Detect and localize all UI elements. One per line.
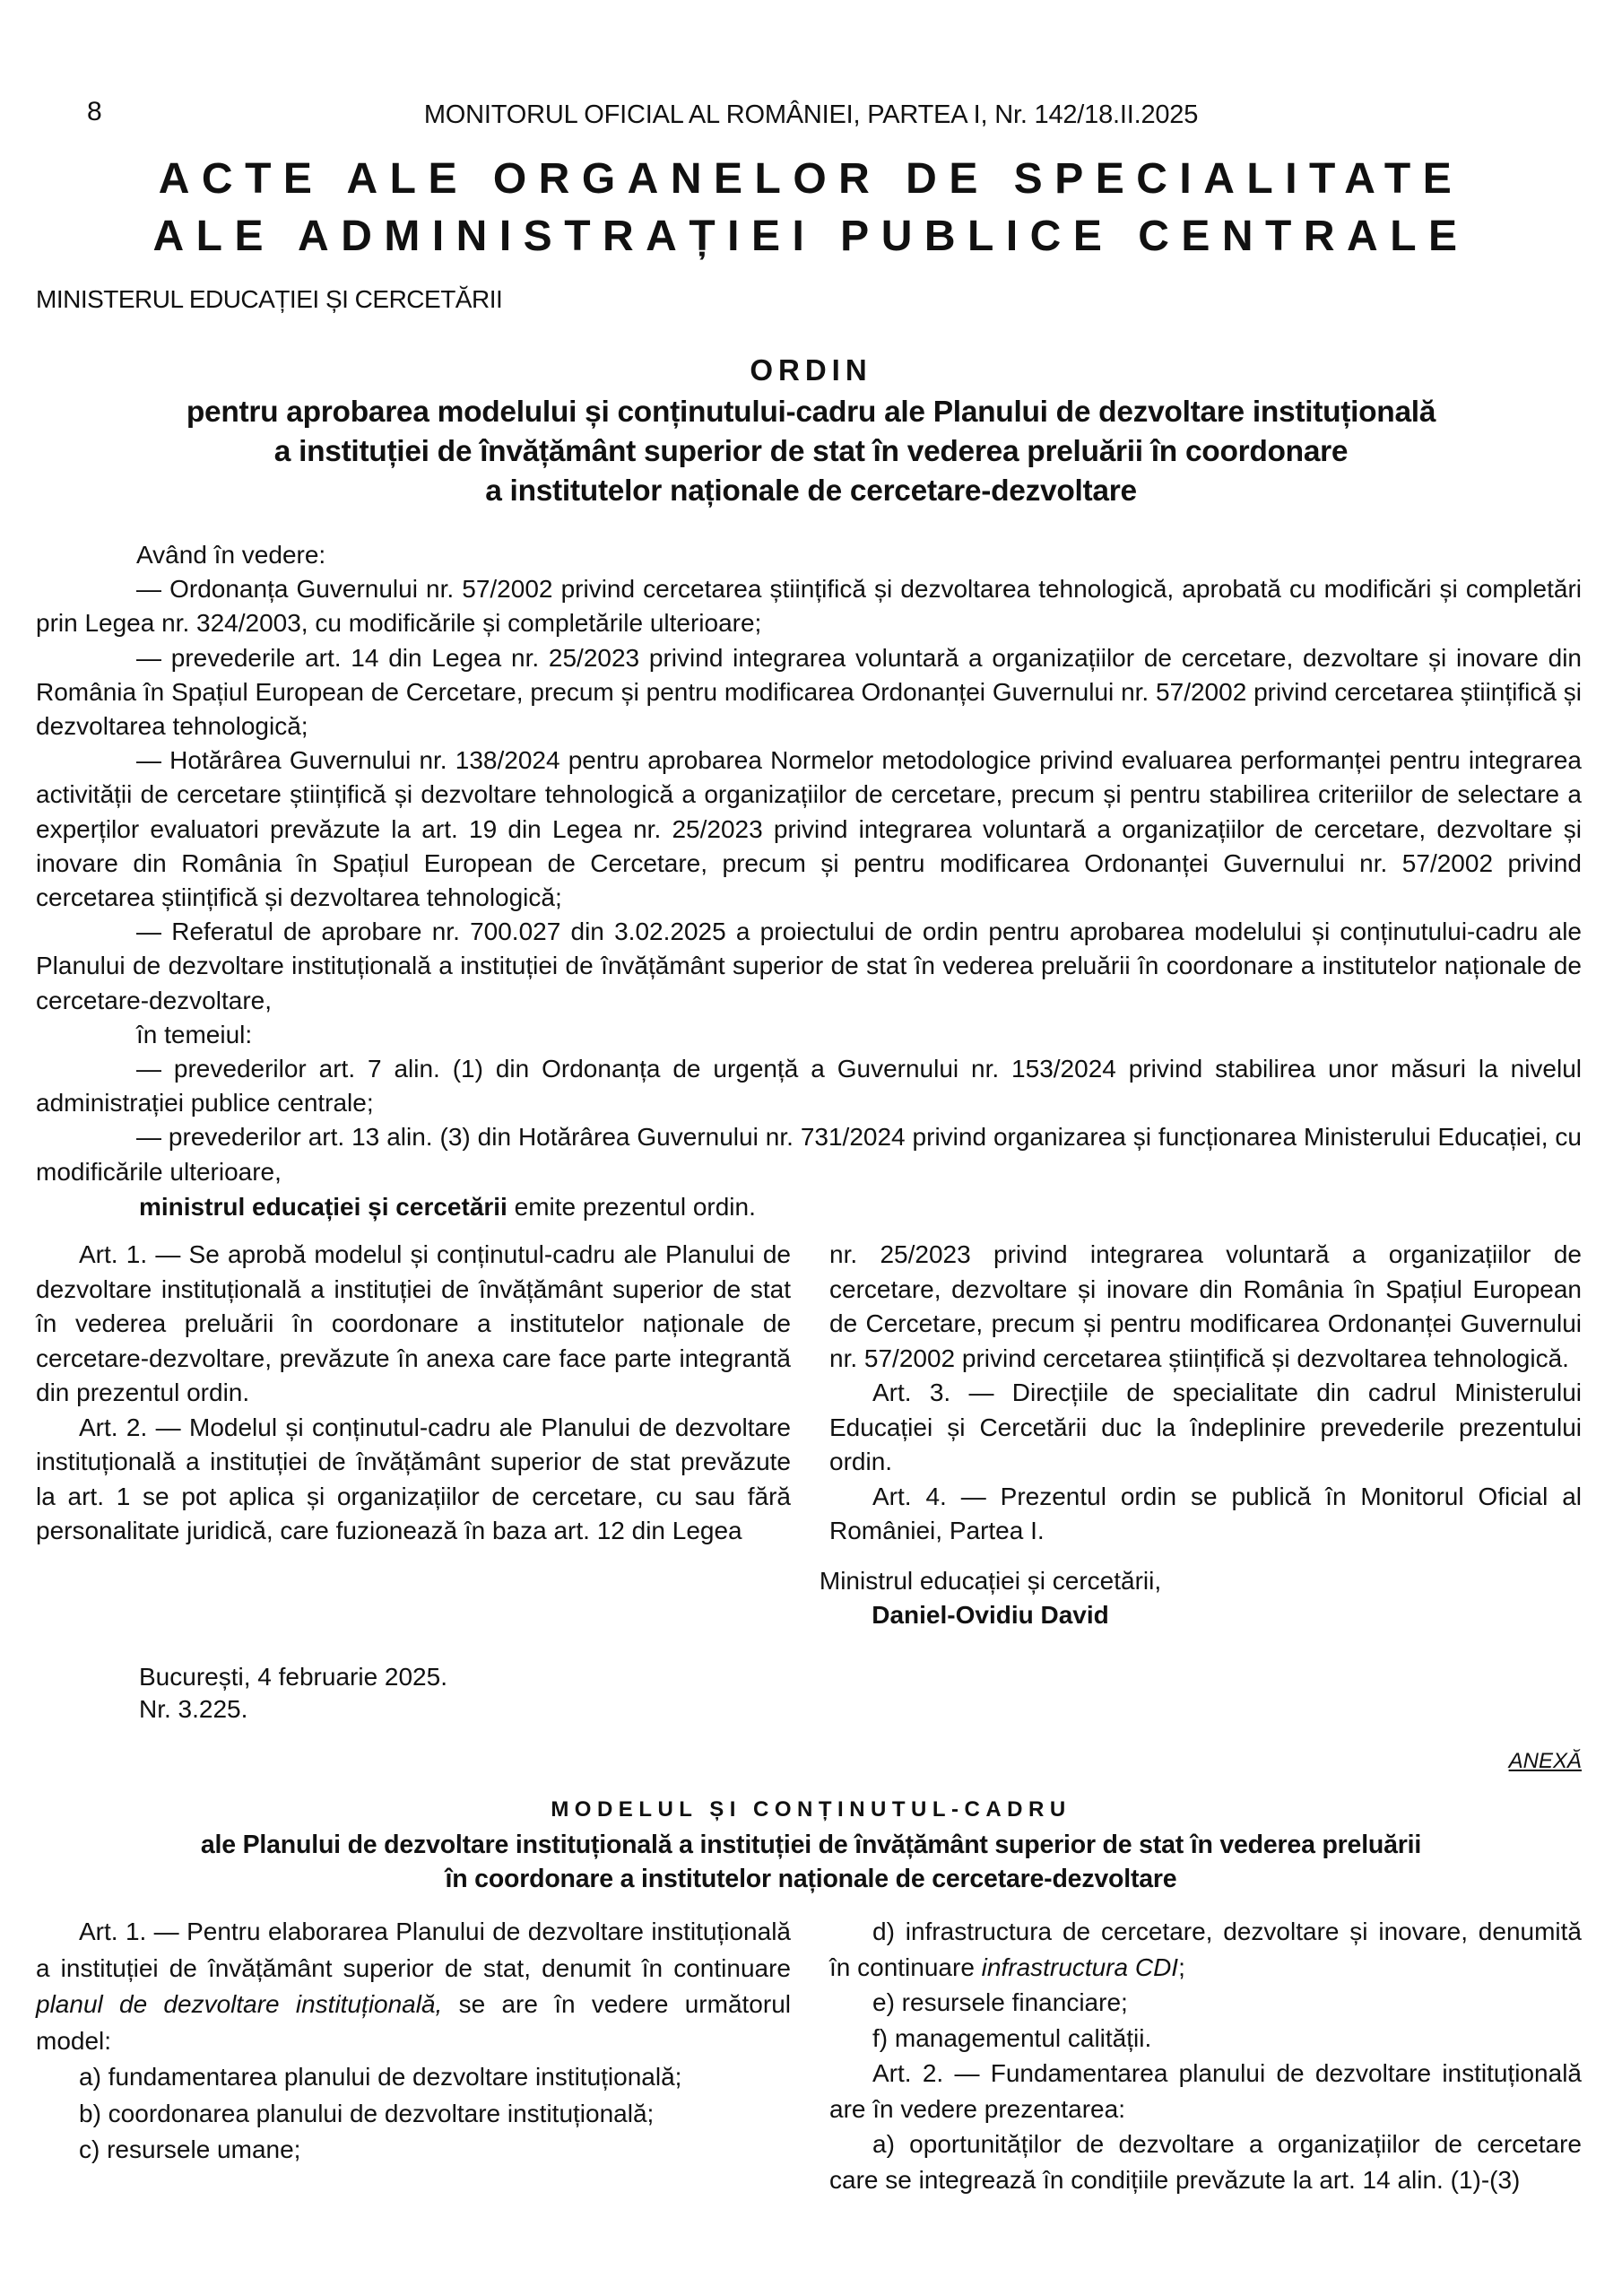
section-title-line-2: ALE ADMINISTRAȚIEI PUBLICE CENTRALE — [0, 212, 1622, 261]
signatory-name: Daniel-Ovidiu David — [359, 1598, 1622, 1632]
emitter-statement: ministrul educației și cercetării emite … — [139, 1193, 756, 1222]
preamble-intro: Având în vedere: — [36, 538, 1582, 572]
annex-article-2-item-a: a) oportunităților de dezvoltare a organ… — [829, 2126, 1582, 2197]
article-1: Art. 1. — Se aprobă modelul și conținutu… — [36, 1238, 791, 1411]
section-title-line-1: ACTE ALE ORGANELOR DE SPECIALITATE — [0, 154, 1622, 204]
annex-right-column: d) infrastructura de cercetare, dezvolta… — [829, 1914, 1582, 2197]
preamble-clause: — Ordonanța Guvernului nr. 57/2002 privi… — [36, 572, 1582, 640]
article-2-continued: nr. 25/2023 privind integrarea voluntară… — [829, 1238, 1582, 1376]
annex-item-e: e) resursele financiare; — [829, 1985, 1582, 2021]
annex-item-a: a) fundamentarea planului de dezvoltare … — [36, 2059, 791, 2096]
articles-right-column: nr. 25/2023 privind integrarea voluntară… — [829, 1238, 1582, 1549]
order-heading: ORDIN — [0, 353, 1622, 387]
annex-article-1-term: planul de dezvoltare instituțională, — [36, 1990, 442, 2018]
annex-article-1-text: Art. 1. — Pentru elaborarea Planului de … — [36, 1918, 791, 1982]
order-number: Nr. 3.225. — [139, 1693, 447, 1726]
order-title-line: a instituției de învățământ superior de … — [90, 432, 1532, 472]
order-title-line: a institutelor naționale de cercetare-de… — [90, 472, 1532, 511]
annex-article-2: Art. 2. — Fundamentarea planului de dezv… — [829, 2056, 1582, 2126]
article-4: Art. 4. — Prezentul ordin se publică în … — [829, 1480, 1582, 1549]
annex-item-d-text: d) infrastructura de cercetare, dezvolta… — [829, 1918, 1582, 1981]
emitter-name: ministrul educației și cercetării — [139, 1193, 507, 1221]
articles-left-column: Art. 1. — Se aprobă modelul și conținutu… — [36, 1238, 791, 1549]
article-3: Art. 3. — Direcțiile de specialitate din… — [829, 1376, 1582, 1480]
annex-subtitle-line: în coordonare a institutelor naționale d… — [81, 1862, 1541, 1896]
signatory-role: Ministrul educației și cercetării, — [359, 1564, 1622, 1598]
emitter-text: emite prezentul ordin. — [507, 1193, 756, 1221]
annex-article-1: Art. 1. — Pentru elaborarea Planului de … — [36, 1914, 791, 2059]
preamble-clause: — prevederilor art. 7 alin. (1) din Ordo… — [36, 1052, 1582, 1120]
annex-subtitle: ale Planului de dezvoltare instituțional… — [81, 1828, 1541, 1896]
preamble: Având în vedere: — Ordonanța Guvernului … — [36, 538, 1582, 1189]
annex-subtitle-line: ale Planului de dezvoltare instituțional… — [81, 1828, 1541, 1862]
annex-item-d-term: infrastructura CDI — [982, 1953, 1178, 1981]
annex-title: MODELUL ȘI CONȚINUTUL-CADRU — [0, 1797, 1622, 1822]
annex-label: ANEXĂ — [1509, 1749, 1582, 1774]
preamble-clause: — Referatul de aprobare nr. 700.027 din … — [36, 915, 1582, 1018]
annex-left-column: Art. 1. — Pentru elaborarea Planului de … — [36, 1914, 791, 2169]
annex-item-d: d) infrastructura de cercetare, dezvolta… — [829, 1914, 1582, 1985]
annex-item-f: f) managementul calității. — [829, 2021, 1582, 2057]
preamble-legal-basis: în temeiul: — [36, 1018, 1582, 1052]
article-2: Art. 2. — Modelul și conținutul-cadru al… — [36, 1411, 791, 1549]
annex-item-b: b) coordonarea planului de dezvoltare in… — [36, 2096, 791, 2133]
place-and-date: București, 4 februarie 2025. Nr. 3.225. — [139, 1661, 447, 1726]
issuing-ministry: MINISTERUL EDUCAȚIEI ȘI CERCETĂRII — [36, 285, 502, 314]
annex-item-c: c) resursele umane; — [36, 2132, 791, 2169]
preamble-clause: — prevederile art. 14 din Legea nr. 25/2… — [36, 641, 1582, 744]
annex-item-d-end: ; — [1178, 1953, 1185, 1981]
preamble-clause: — prevederilor art. 13 alin. (3) din Hot… — [36, 1120, 1582, 1188]
order-title: pentru aprobarea modelului și conținutul… — [90, 393, 1532, 511]
running-header: MONITORUL OFICIAL AL ROMÂNIEI, PARTEA I,… — [0, 100, 1622, 130]
order-title-line: pentru aprobarea modelului și conținutul… — [90, 393, 1532, 432]
preamble-clause: — Hotărârea Guvernului nr. 138/2024 pent… — [36, 744, 1582, 915]
place-date: București, 4 februarie 2025. — [139, 1661, 447, 1693]
